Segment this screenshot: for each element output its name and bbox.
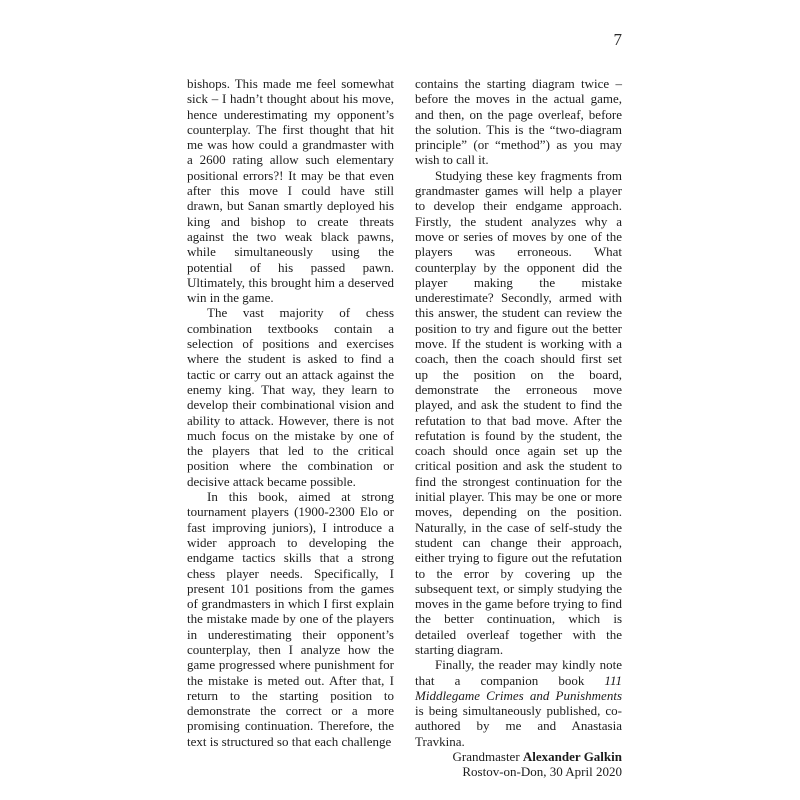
book-page: 7 bishops. This made me feel somewhat si… (0, 0, 800, 800)
paragraph: Studying these key fragments from grandm… (415, 168, 622, 658)
left-column: bishops. This made me feel somewhat sick… (187, 76, 394, 780)
paragraph: The vast majority of chess combination t… (187, 305, 394, 489)
paragraph: In this book, aimed at strong tournament… (187, 489, 394, 749)
right-column: contains the starting diagram twice – be… (415, 76, 622, 780)
author-signature: Grandmaster Alexander Galkin (415, 749, 622, 764)
author-name: Alexander Galkin (523, 749, 622, 764)
paragraph: bishops. This made me feel somewhat sick… (187, 76, 394, 305)
companion-text-before: Finally, the reader may kindly note that… (415, 657, 622, 687)
place-date: Rostov-on-Don, 30 April 2020 (415, 764, 622, 779)
paragraph: contains the starting diagram twice – be… (415, 76, 622, 168)
page-number: 7 (614, 30, 623, 50)
companion-book-paragraph: Finally, the reader may kindly note that… (415, 657, 622, 749)
text-columns: bishops. This made me feel somewhat sick… (187, 76, 622, 780)
companion-text-after: is being simultaneously published, co-au… (415, 703, 622, 749)
signature-prefix: Grandmaster (453, 749, 523, 764)
